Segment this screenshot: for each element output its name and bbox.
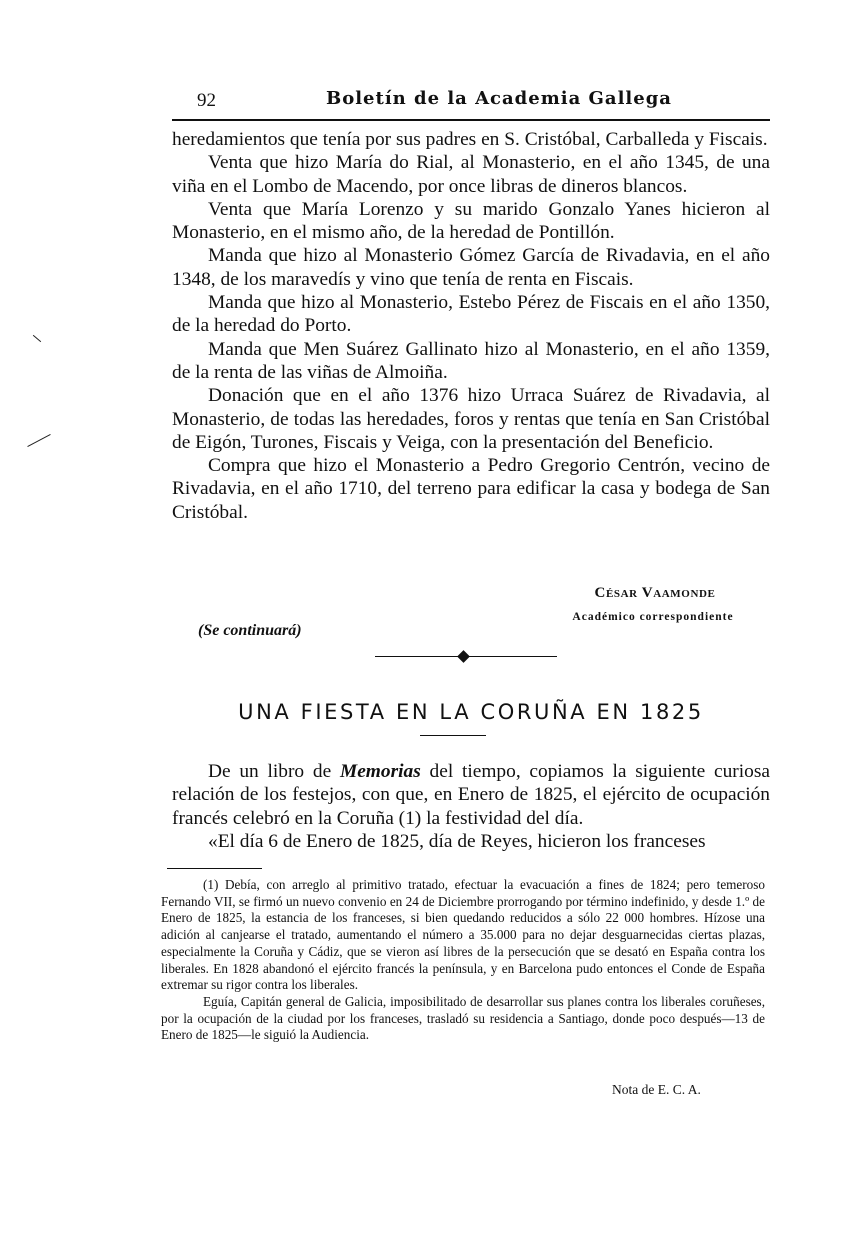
paragraph: Donación que en el año 1376 hizo Urraca … — [172, 384, 770, 454]
page-number: 92 — [197, 90, 216, 112]
footnotes: (1) Debía, con arreglo al primitivo trat… — [161, 877, 765, 1044]
article-title: UNA FIESTA EN LA CORUÑA EN 1825 — [172, 700, 770, 724]
footnote: (1) Debía, con arreglo al primitivo trat… — [161, 877, 765, 994]
header-rule — [172, 119, 770, 121]
footnote: Eguía, Capitán general de Galicia, impos… — [161, 994, 765, 1044]
paragraph: heredamientos que tenía por sus padres e… — [172, 128, 770, 151]
author-signature: César Vaamonde — [560, 585, 750, 602]
italic-title: Memorias — [340, 761, 421, 782]
paragraph: Compra que hizo el Monasterio a Pedro Gr… — [172, 454, 770, 524]
article-continuation: heredamientos que tenía por sus padres e… — [172, 128, 770, 524]
paragraph: Manda que hizo al Monasterio Gómez Garcí… — [172, 244, 770, 291]
paragraph: Manda que Men Suárez Gallinato hizo al M… — [172, 338, 770, 385]
journal-title: Boletín de la Academia Gallega — [326, 88, 672, 109]
document-page: 92 Boletín de la Academia Gallega hereda… — [0, 0, 850, 1252]
scan-artifact — [33, 335, 41, 342]
article-body: De un libro de Memorias del tiempo, copi… — [172, 760, 770, 853]
paragraph: Venta que hizo María do Rial, al Monaste… — [172, 151, 770, 198]
scan-artifact — [27, 434, 50, 447]
footnote-rule — [167, 868, 262, 869]
title-underline — [420, 735, 486, 736]
note-attribution: Nota de E. C. A. — [612, 1082, 701, 1098]
paragraph: De un libro de Memorias del tiempo, copi… — [172, 760, 770, 830]
running-header: 92 Boletín de la Academia Gallega — [193, 88, 768, 114]
section-divider-ornament — [375, 652, 557, 662]
to-be-continued-note: (Se continuará) — [198, 622, 302, 640]
text-span: De un libro de — [208, 761, 340, 782]
paragraph: Venta que María Lorenzo y su marido Gonz… — [172, 198, 770, 245]
author-role: Académico correspondiente — [548, 611, 758, 623]
paragraph: «El día 6 de Enero de 1825, día de Reyes… — [172, 830, 770, 853]
paragraph: Manda que hizo al Monasterio, Estebo Pér… — [172, 291, 770, 338]
diamond-ornament-icon — [457, 650, 470, 663]
